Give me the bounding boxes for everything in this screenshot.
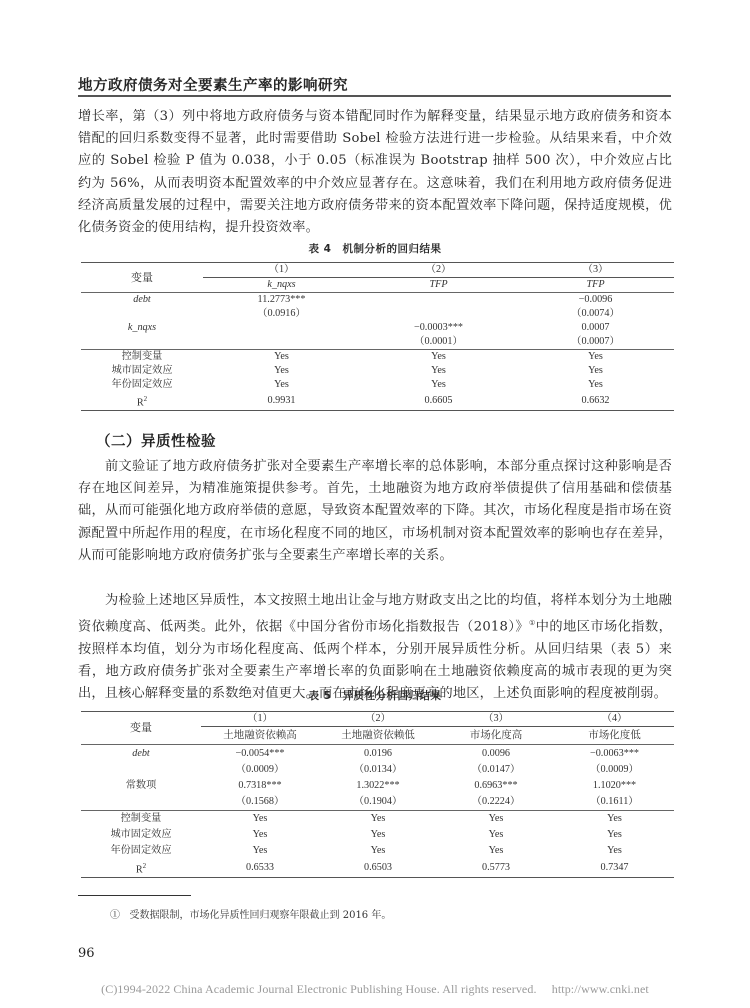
footnote-text: 受数据限制，市场化异质性回归观察年限截止到 2016 年。 (130, 910, 392, 921)
cell: Yes (517, 378, 674, 392)
cell: Yes (201, 843, 319, 859)
cell: （0.1568） (201, 794, 319, 811)
table-row: debt 11.2773*** −0.0096 (81, 293, 674, 308)
table4-var-header: 变量 (81, 263, 203, 293)
table4-header-row: 变量 （1） （2） （3） (81, 263, 674, 278)
cell: （0.0147） (437, 762, 555, 778)
table5-header-row: 变量 （1） （2） （3） （4） (81, 712, 674, 727)
table4-depvar: TFP (360, 278, 517, 293)
cell: Yes (360, 364, 517, 378)
table5-group: 土地融资依赖高 (201, 727, 319, 745)
cell: （0.0007） (517, 335, 674, 350)
table-row: debt −0.0054*** 0.0196 0.0096 −0.0063*** (81, 745, 674, 763)
page-number: 96 (78, 946, 95, 961)
cell: Yes (555, 811, 674, 828)
table-row: 控制变量 Yes Yes Yes Yes (81, 811, 674, 828)
cell: Yes (517, 364, 674, 378)
table4-col-num: （3） (517, 263, 674, 278)
table-row: （0.0009） （0.0134） （0.0147） （0.0009） (81, 762, 674, 778)
cell: 0.6503 (319, 859, 437, 878)
row-label: debt (81, 293, 203, 308)
cell: （0.1611） (555, 794, 674, 811)
cell: Yes (360, 378, 517, 392)
table-row: k_nqxs −0.0003*** 0.0007 (81, 321, 674, 335)
footnote-mark: ① (110, 910, 120, 921)
table4-col-num: （2） (360, 263, 517, 278)
row-label: debt (81, 745, 201, 763)
table-row: （0.0916） （0.0074） (81, 307, 674, 321)
cell: Yes (437, 843, 555, 859)
cell: Yes (203, 378, 360, 392)
cell (203, 335, 360, 350)
table-row: （0.0001） （0.0007） (81, 335, 674, 350)
cell: （0.0916） (203, 307, 360, 321)
table-row: R2 0.9931 0.6605 0.6632 (81, 392, 674, 411)
cell: 0.7318*** (201, 778, 319, 794)
cell: 1.3022*** (319, 778, 437, 794)
section-heading: （二）异质性检验 (96, 430, 216, 451)
table5-col-num: （2） (319, 712, 437, 727)
cell: （0.0001） (360, 335, 517, 350)
cell (360, 293, 517, 308)
row-label: 城市固定效应 (81, 364, 203, 378)
row-label: 常数项 (81, 778, 201, 794)
table4: 变量 （1） （2） （3） k_nqxs TFP TFP debt 11.27… (81, 262, 674, 411)
row-label (81, 307, 203, 321)
row-label (81, 335, 203, 350)
copyright-notice: (C)1994-2022 China Academic Journal Elec… (0, 980, 750, 997)
paragraph-mediation-result: 增长率，第（3）列中将地方政府债务与资本错配同时作为解释变量，结果显示地方政府债… (78, 106, 672, 239)
cell: （0.0074） (517, 307, 674, 321)
row-label: k_nqxs (81, 321, 203, 335)
table-row: 年份固定效应 Yes Yes Yes (81, 378, 674, 392)
table-row: 控制变量 Yes Yes Yes (81, 350, 674, 365)
cell: 0.6963*** (437, 778, 555, 794)
table-row: （0.1568） （0.1904） （0.2224） （0.1611） (81, 794, 674, 811)
cell: Yes (319, 843, 437, 859)
cell: 0.6632 (517, 392, 674, 411)
table-row: 城市固定效应 Yes Yes Yes Yes (81, 827, 674, 843)
table5-col-num: （3） (437, 712, 555, 727)
cell: 0.6605 (360, 392, 517, 411)
table5-caption: 表 5 异质性分析回归结果 (78, 688, 672, 703)
table5-col-num: （1） (201, 712, 319, 727)
row-label: 年份固定效应 (81, 843, 201, 859)
cell: Yes (203, 350, 360, 365)
cell (203, 321, 360, 335)
table4-depvar: k_nqxs (203, 278, 360, 293)
cell: Yes (203, 364, 360, 378)
cell: （0.0009） (555, 762, 674, 778)
cell: Yes (201, 811, 319, 828)
table5-group: 市场化度低 (555, 727, 674, 745)
cell: Yes (555, 827, 674, 843)
cell: Yes (319, 827, 437, 843)
cell: Yes (555, 843, 674, 859)
cell: −0.0054*** (201, 745, 319, 763)
cell (360, 307, 517, 321)
cell: （0.1904） (319, 794, 437, 811)
cell: Yes (360, 350, 517, 365)
table4-caption: 表 4 机制分析的回归结果 (78, 241, 672, 256)
row-label: 控制变量 (81, 350, 203, 365)
cell: Yes (201, 827, 319, 843)
cell: （0.0009） (201, 762, 319, 778)
table-row: 年份固定效应 Yes Yes Yes Yes (81, 843, 674, 859)
running-title: 地方政府债务对全要素生产率的影响研究 (78, 74, 348, 95)
table-row: 城市固定效应 Yes Yes Yes (81, 364, 674, 378)
row-label: 城市固定效应 (81, 827, 201, 843)
cell: 0.9931 (203, 392, 360, 411)
cell: 1.1020*** (555, 778, 674, 794)
footnote-rule (78, 895, 191, 896)
cell: 11.2773*** (203, 293, 360, 308)
table4-col-num: （1） (203, 263, 360, 278)
footnote: ① 受数据限制，市场化异质性回归观察年限截止到 2016 年。 (110, 906, 391, 921)
cell: Yes (319, 811, 437, 828)
cell: 0.7347 (555, 859, 674, 878)
header-rule (78, 95, 671, 97)
table-row: 常数项 0.7318*** 1.3022*** 0.6963*** 1.1020… (81, 778, 674, 794)
row-label (81, 762, 201, 778)
cell: Yes (437, 827, 555, 843)
table-row: R2 0.6533 0.6503 0.5773 0.7347 (81, 859, 674, 878)
row-label: R2 (81, 392, 203, 411)
table5-group: 土地融资依赖低 (319, 727, 437, 745)
row-label: R2 (81, 859, 201, 878)
cell: 0.6533 (201, 859, 319, 878)
cell: 0.0096 (437, 745, 555, 763)
cell: −0.0003*** (360, 321, 517, 335)
cell: （0.0134） (319, 762, 437, 778)
table5-var-header: 变量 (81, 712, 201, 745)
paragraph-heterogeneity-intro: 前文验证了地方政府债务扩张对全要素生产率增长率的总体影响，本部分重点探讨这种影响… (78, 456, 672, 567)
cell: 0.0196 (319, 745, 437, 763)
cell: Yes (437, 811, 555, 828)
table4-depvar: TFP (517, 278, 674, 293)
table5-group: 市场化度高 (437, 727, 555, 745)
table5: 变量 （1） （2） （3） （4） 土地融资依赖高 土地融资依赖低 市场化度高… (81, 711, 674, 878)
cell: −0.0063*** (555, 745, 674, 763)
footnote-ref[interactable]: ① (529, 619, 536, 627)
cell: Yes (517, 350, 674, 365)
row-label: 年份固定效应 (81, 378, 203, 392)
cell: 0.0007 (517, 321, 674, 335)
table5-col-num: （4） (555, 712, 674, 727)
cell: 0.5773 (437, 859, 555, 878)
cell: （0.2224） (437, 794, 555, 811)
cell: −0.0096 (517, 293, 674, 308)
row-label (81, 794, 201, 811)
row-label: 控制变量 (81, 811, 201, 828)
